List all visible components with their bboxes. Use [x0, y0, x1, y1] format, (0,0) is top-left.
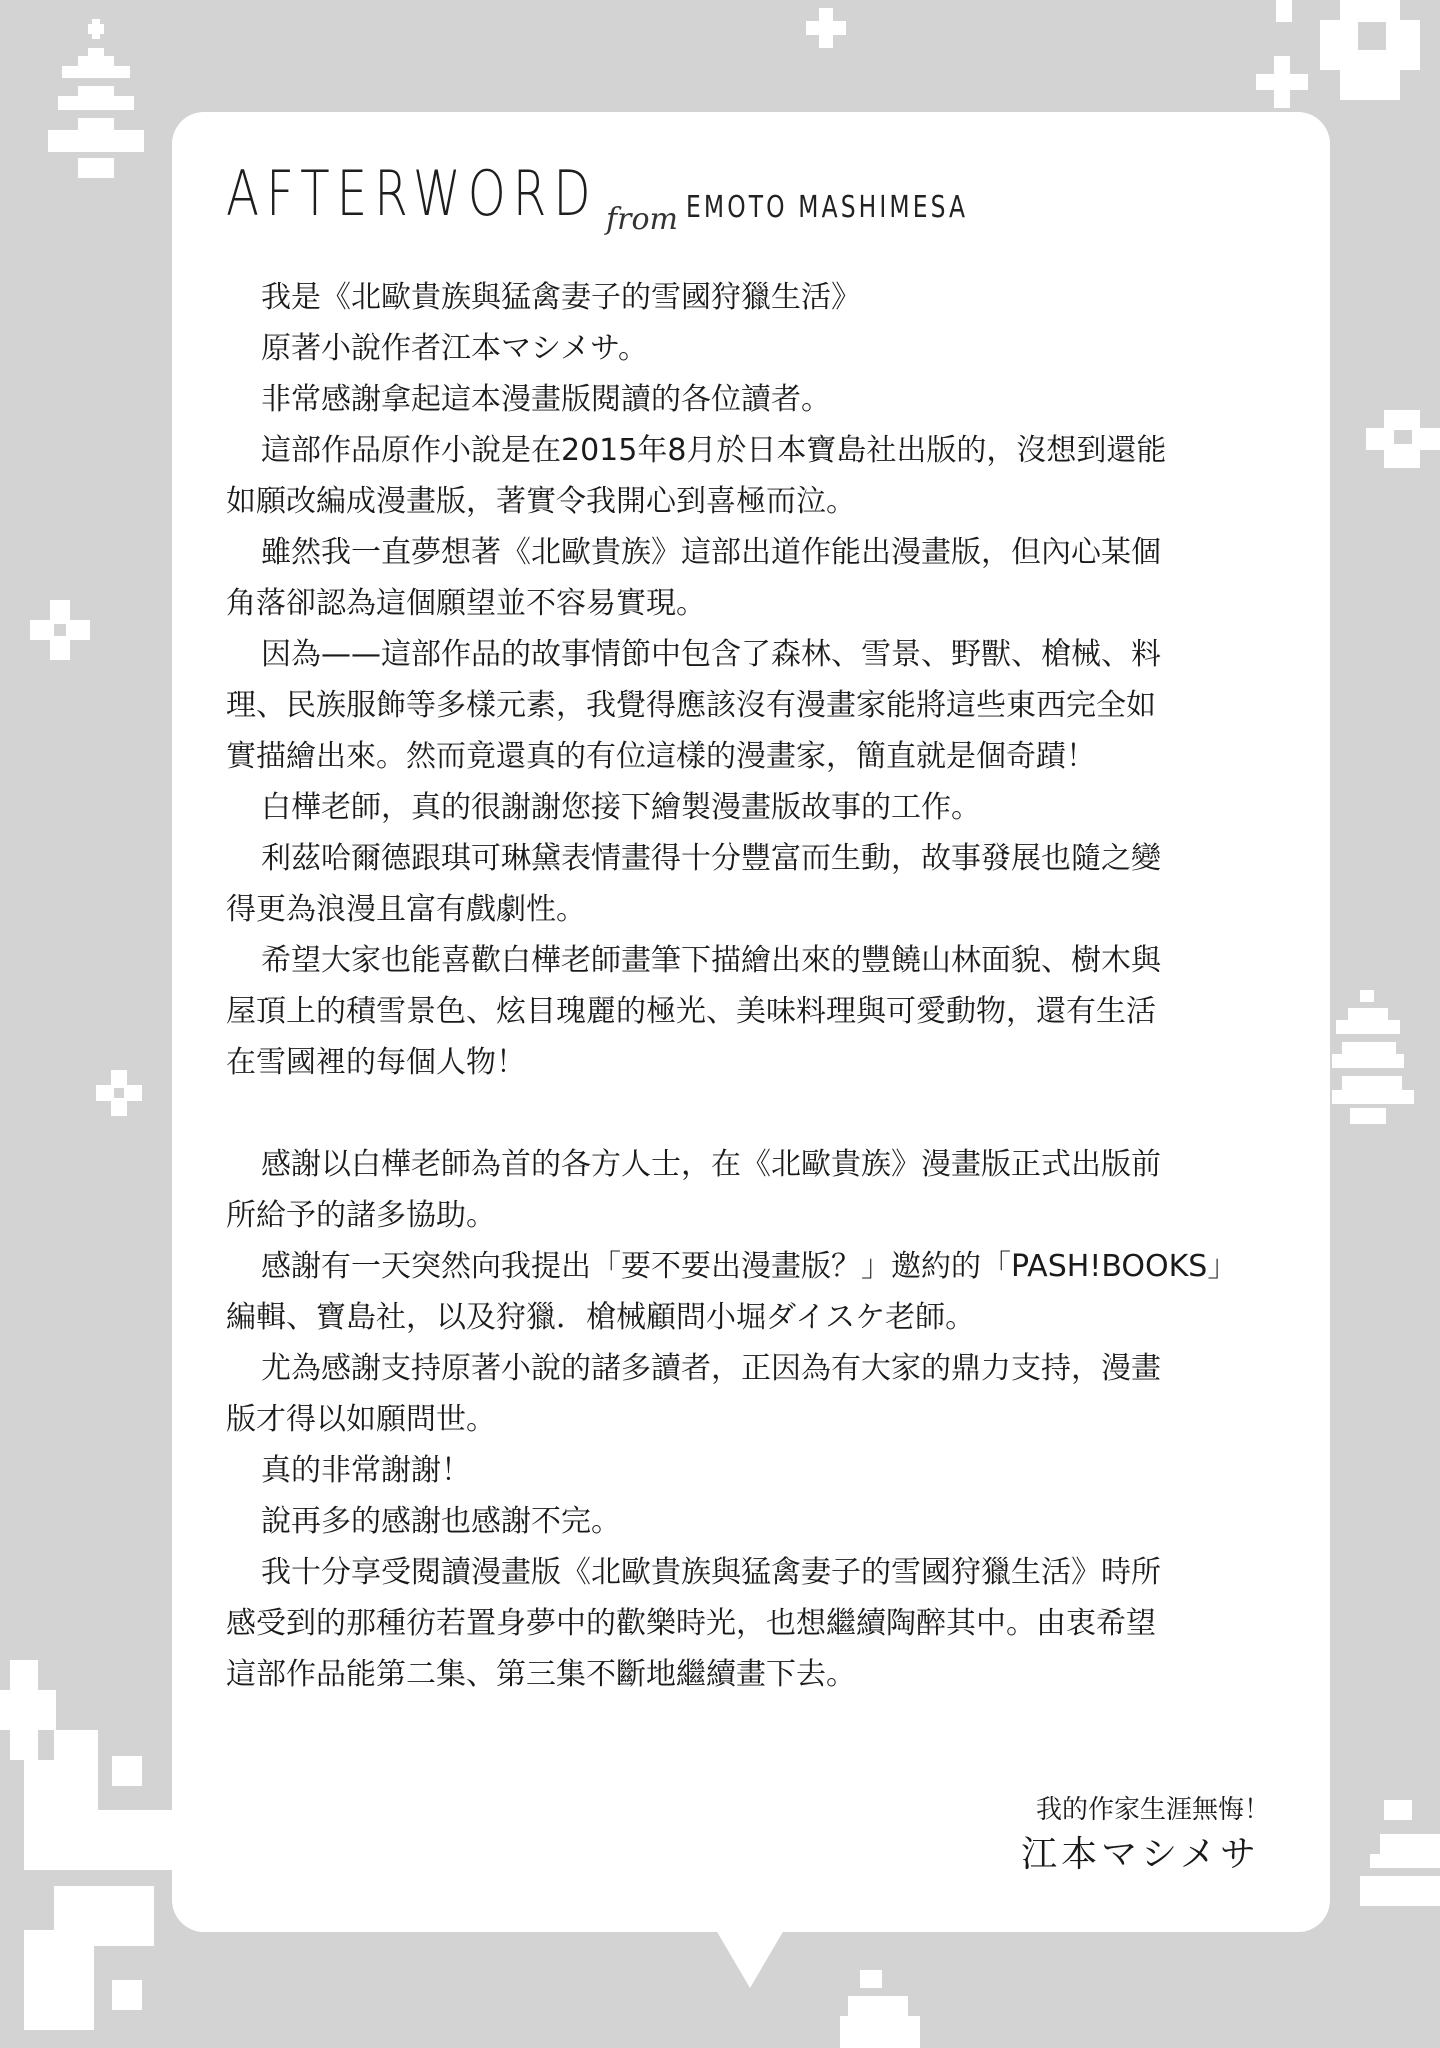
tree-icon: [840, 1970, 920, 2048]
text-line: 因為——這部作品的故事情節中包含了森林、雪景、野獸、槍械、料: [226, 629, 1286, 680]
text-line: 實描繪出來。然而竟還真的有位這樣的漫畫家，簡直就是個奇蹟！: [226, 731, 1286, 782]
diamond-pattern-icon: [1300, 0, 1440, 110]
title-author: EMOTO MASHIMESA: [686, 193, 968, 223]
text-line: 利茲哈爾德跟琪可琳黛表情畫得十分豐富而生動，故事發展也隨之變: [226, 833, 1286, 884]
title-afterword: AFTERWORD: [226, 163, 516, 225]
text-line: 希望大家也能喜歡白樺老師畫筆下描繪出來的豐饒山林面貌、樹木與: [226, 935, 1286, 986]
text-line: 感受到的那種彷若置身夢中的歡樂時光，也想繼續陶醉其中。由衷希望: [226, 1598, 1286, 1649]
cross-icon: [1264, 0, 1304, 24]
text-line: 所給予的諸多協助。: [226, 1190, 1286, 1241]
signature-motto: 我的作家生涯無悔！: [1021, 1790, 1270, 1830]
cross-icon: [806, 8, 846, 48]
text-line: 非常感謝拿起這本漫畫版閱讀的各位讀者。: [226, 374, 1286, 425]
text-line: 版才得以如願問世。: [226, 1394, 1286, 1445]
cross-icon: [96, 1070, 142, 1116]
text-line: 編輯、寶島社，以及狩獵．槍械顧問小堀ダイスケ老師。: [226, 1292, 1286, 1343]
tree-icon: [1332, 990, 1422, 1130]
tree-icon: [1360, 1800, 1440, 1920]
text-line: 感謝有一天突然向我提出「要不要出漫畫版？」邀約的「PASH!BOOKS」: [226, 1241, 1286, 1292]
text-line: 原著小說作者江本マシメサ。: [226, 323, 1286, 374]
text-line: 這部作品能第二集、第三集不斷地繼續畫下去。: [226, 1649, 1286, 1700]
text-line: 理、民族服飾等多樣元素，我覺得應該沒有漫畫家能將這些東西完全如: [226, 680, 1286, 731]
card-tail: [716, 1930, 784, 1988]
text-line: 如願改編成漫畫版，著實令我開心到喜極而泣。: [226, 476, 1286, 527]
signature-name: 江本マシメサ: [1021, 1830, 1260, 1880]
text-line: 雖然我一直夢想著《北歐貴族》這部出道作能出漫畫版，但內心某個: [226, 527, 1286, 578]
diamond-pattern-icon: [0, 1660, 172, 2048]
text-line: 屋頂上的積雪景色、炫目瑰麗的極光、美味料理與可愛動物，還有生活: [226, 986, 1286, 1037]
page-title: AFTERWORD from EMOTO MASHIMESA: [226, 155, 1048, 225]
cross-icon: [1256, 56, 1308, 108]
tree-icon: [48, 22, 144, 182]
text-line: 感謝以白樺老師為首的各方人士，在《北歐貴族》漫畫版正式出版前: [226, 1139, 1286, 1190]
snowflake-icon: [1366, 410, 1440, 468]
text-line: [226, 1088, 1286, 1139]
text-line: 我是《北歐貴族與猛禽妻子的雪國狩獵生活》: [226, 272, 1286, 323]
text-line: 在雪國裡的每個人物！: [226, 1037, 1286, 1088]
text-line: 尤為感謝支持原著小說的諸多讀者，正因為有大家的鼎力支持，漫畫: [226, 1343, 1286, 1394]
snowflake-icon: [30, 600, 90, 660]
text-line: 白樺老師，真的很謝謝您接下繪製漫畫版故事的工作。: [226, 782, 1286, 833]
signature: 我的作家生涯無悔！ 江本マシメサ: [1021, 1790, 1270, 1880]
text-line: 說再多的感謝也感謝不完。: [226, 1496, 1286, 1547]
text-line: 真的非常謝謝！: [226, 1445, 1286, 1496]
text-line: 角落卻認為這個願望並不容易實現。: [226, 578, 1286, 629]
title-from: from: [606, 205, 678, 235]
afterword-body: 我是《北歐貴族與猛禽妻子的雪國狩獵生活》原著小說作者江本マシメサ。非常感謝拿起這…: [226, 272, 1286, 1700]
text-line: 這部作品原作小說是在2015年8月於日本寶島社出版的，沒想到還能: [226, 425, 1286, 476]
text-line: 得更為浪漫且富有戲劇性。: [226, 884, 1286, 935]
text-line: 我十分享受閱讀漫畫版《北歐貴族與猛禽妻子的雪國狩獵生活》時所: [226, 1547, 1286, 1598]
